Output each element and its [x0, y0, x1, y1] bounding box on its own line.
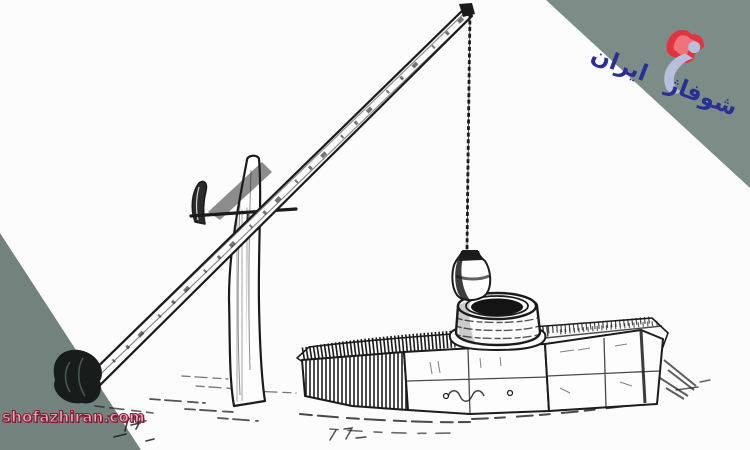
image-canvas: شوفاژ ایران — [0, 0, 750, 450]
shadoof-illustration — [0, 0, 750, 450]
bucket — [452, 251, 490, 301]
well-mouth — [450, 293, 546, 350]
website-watermark: shofazhiran.com — [2, 408, 145, 426]
chain — [465, 8, 473, 250]
counterweight — [54, 350, 102, 404]
